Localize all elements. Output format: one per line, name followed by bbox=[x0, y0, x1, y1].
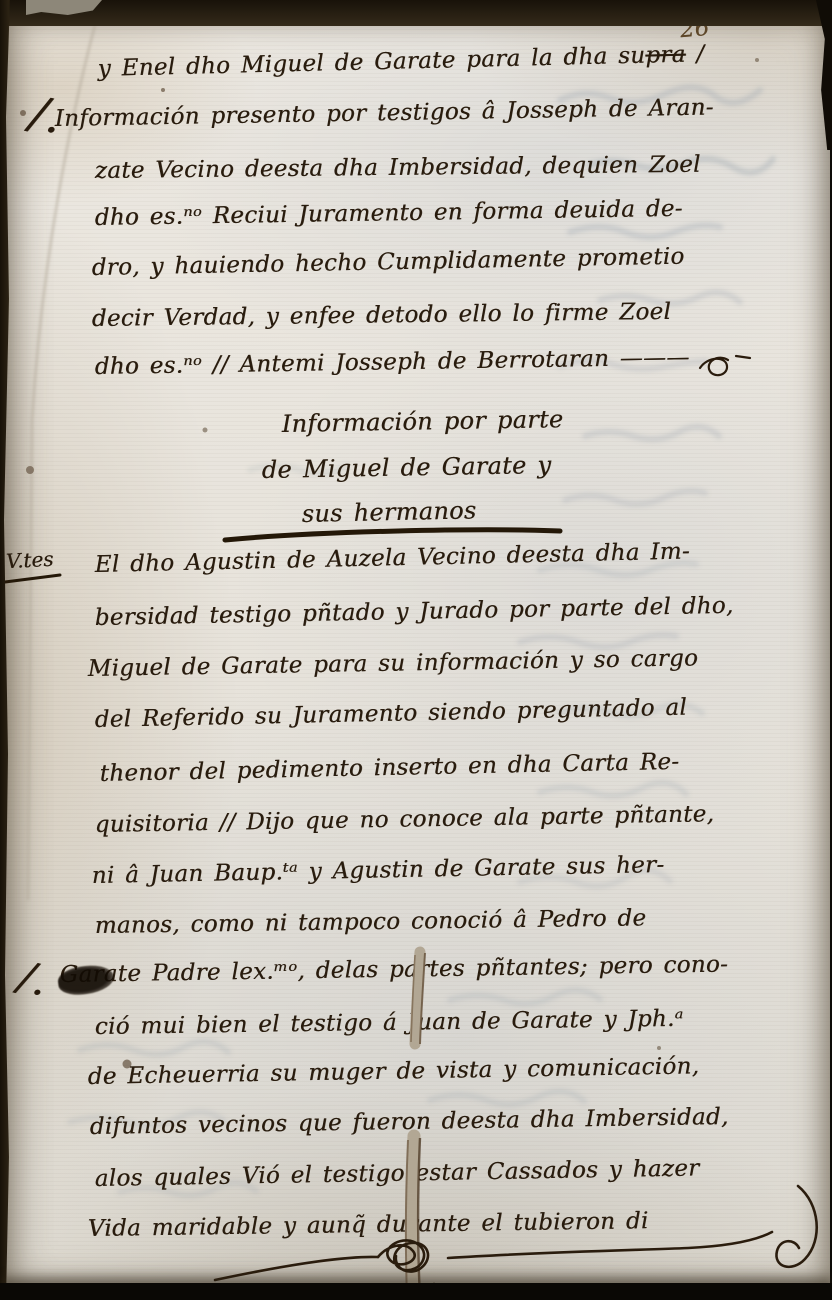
line-text: / bbox=[685, 41, 704, 67]
scan-edge-top bbox=[0, 0, 832, 26]
scan-edge-bottom bbox=[0, 1283, 832, 1300]
struck-word: pra bbox=[645, 42, 686, 69]
heading-line: de Miguel de Garate y bbox=[262, 451, 552, 484]
heading-line: sus hermanos bbox=[301, 496, 476, 528]
heading-line: Información por parte bbox=[282, 405, 564, 438]
manuscript-scan: 26 y Enel dho Miguel de Garate para la d… bbox=[0, 0, 832, 1300]
margin-witness-note: V.tes bbox=[5, 547, 54, 573]
